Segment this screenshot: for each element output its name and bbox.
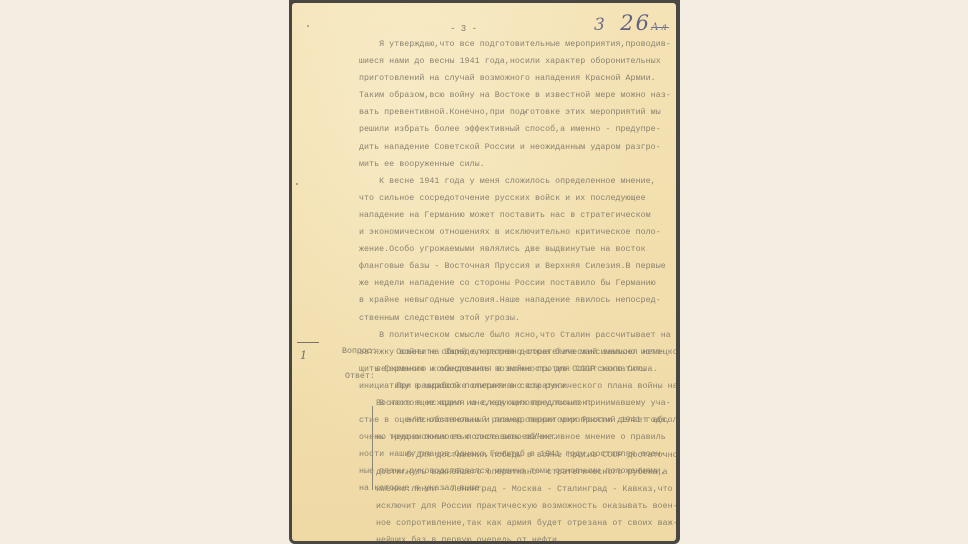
text-line: мить ее вооруженные силы. bbox=[359, 156, 671, 173]
text-line: же недели нападение со стороны России по… bbox=[359, 275, 671, 292]
text-line: решили избрать более эффективный способ,… bbox=[359, 121, 671, 138]
text-line: нападение на Германию может поставить на… bbox=[359, 207, 671, 224]
text-line: ственным следствием этой угрозы. bbox=[359, 310, 671, 327]
archive-folio-suffix: Ал bbox=[651, 22, 669, 33]
paper-speck bbox=[524, 111, 526, 113]
page-frame: 3 26Ал - 3 - Я утверждаю,что все подгото… bbox=[289, 0, 680, 544]
text-line: Осветите общий оперативно-стратегический… bbox=[376, 344, 676, 361]
document-viewer: 3 26Ал - 3 - Я утверждаю,что все подгото… bbox=[0, 0, 968, 544]
text-line: исключит для России практическую возможн… bbox=[376, 498, 676, 515]
margin-pencil-line bbox=[372, 406, 373, 490]
text-line: шиеся нами до весны 1941 года,носили хар… bbox=[359, 53, 671, 70]
text-line: фланговые базы - Восточная Пруссия и Вер… bbox=[359, 258, 671, 275]
text-line: верховного командования в войне против С… bbox=[376, 361, 676, 378]
text-line: достигнуть важнейшего оперативно- страте… bbox=[376, 464, 676, 481]
text-line: Таким образом,всю войну на Востоке в изв… bbox=[359, 87, 671, 104]
paper-speck bbox=[296, 183, 298, 185]
question-label: Вопрос: bbox=[342, 347, 377, 356]
text-line: Я утверждаю,что все подготовительные мер… bbox=[359, 36, 671, 53]
text-line: именно:линии - Ленинград - Москва - Стал… bbox=[376, 481, 676, 498]
document-page: 3 26Ал - 3 - Я утверждаю,что все подгото… bbox=[292, 3, 676, 541]
page-number: - 3 - bbox=[450, 24, 477, 34]
text-line: Востоке я исходил из следующих предпосыл… bbox=[376, 395, 676, 412]
archive-sheet-number: 3 bbox=[594, 15, 607, 35]
text-line: но невозможным ее полное завоевание. bbox=[376, 429, 676, 446]
paper-speck bbox=[307, 25, 309, 27]
margin-rule bbox=[297, 342, 319, 343]
archive-stamp: 3 26Ал bbox=[594, 11, 669, 35]
text-line: а/Исключительный размер территории Росси… bbox=[376, 412, 676, 429]
text-line: К весне 1941 года у меня сложилось опред… bbox=[359, 173, 671, 190]
text-line: ное сопротивление,так как армия будет от… bbox=[376, 515, 676, 532]
text-line: дить нападение Советской России и неожид… bbox=[359, 139, 671, 156]
text-line: б/Для достижения победы в войне против С… bbox=[376, 447, 676, 464]
text-line: и экономическом отношениях в исключитель… bbox=[359, 224, 671, 241]
text-line: В политическом смысле было ясно,что Стал… bbox=[359, 327, 671, 344]
text-line: При разработке оперативно стратегическог… bbox=[376, 378, 676, 395]
text-line: нейших баз,в первую очередь от нефти. bbox=[376, 532, 676, 541]
text-line: приготовлений на случай возможного напад… bbox=[359, 70, 671, 87]
text-line: жение.Особо угрожаемыми являлись две выд… bbox=[359, 241, 671, 258]
question-answer-text: Осветите общий оперативно-стратегический… bbox=[376, 344, 676, 541]
text-line: вать превентивной.Конечно,при подготовке… bbox=[359, 104, 671, 121]
answer-label: Ответ: bbox=[345, 372, 375, 381]
text-line: что сильное сосредоточение русских войск… bbox=[359, 190, 671, 207]
archive-folio-number: 26 bbox=[620, 11, 651, 35]
margin-note: 1 bbox=[300, 349, 307, 362]
text-line: в крайне невыгодные условия.Наше нападен… bbox=[359, 292, 671, 309]
